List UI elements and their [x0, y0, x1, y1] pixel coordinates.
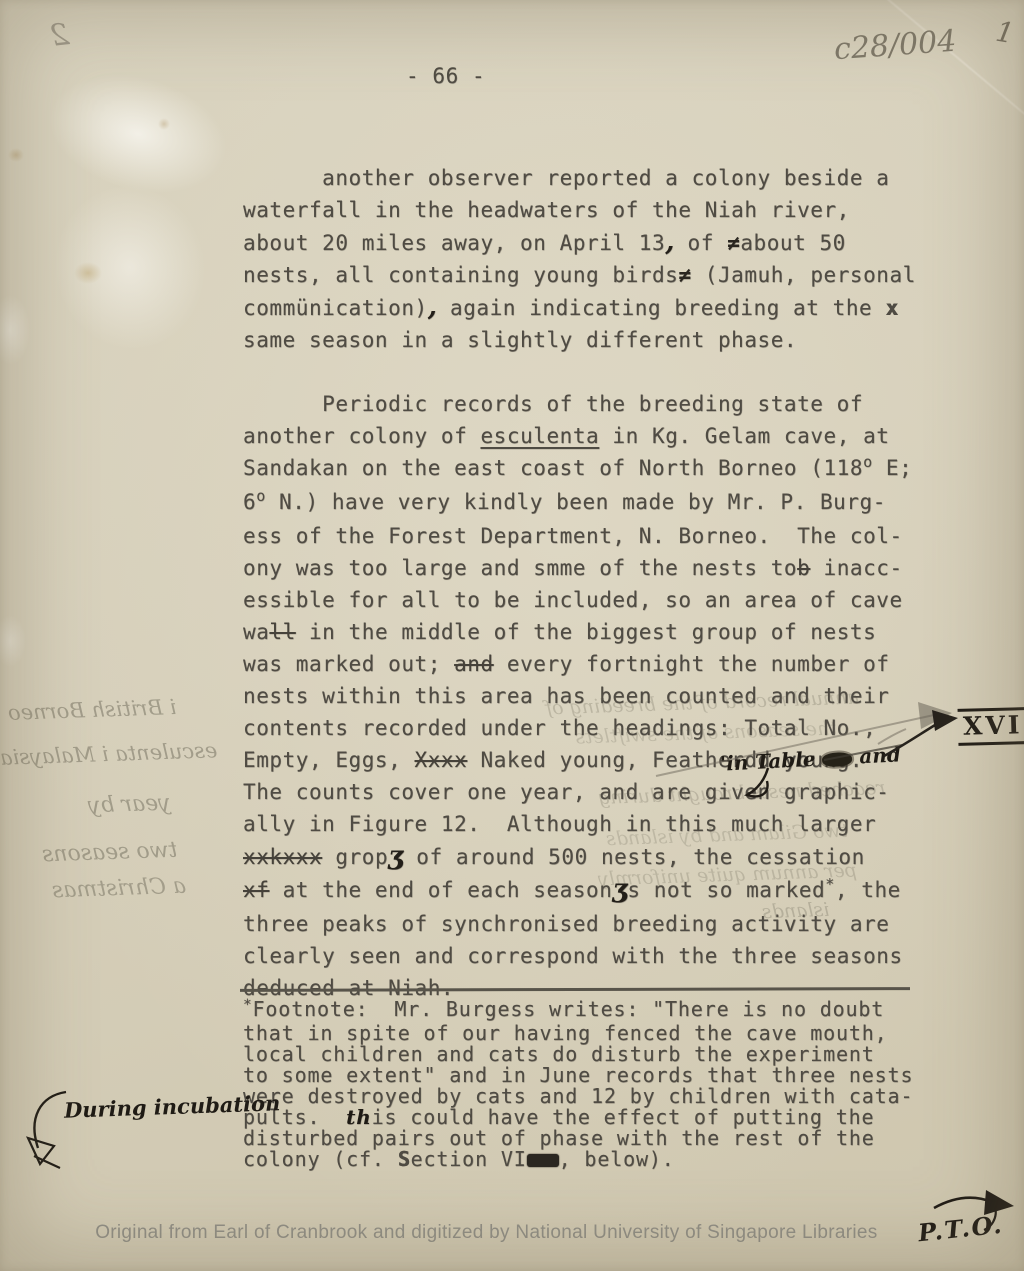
- paper-scuff: [0, 615, 26, 667]
- text-segment: another observer reported a colony besid…: [243, 166, 889, 190]
- text-line: another observer reported a colony besid…: [243, 162, 916, 194]
- text-segment: was marked out;: [243, 652, 454, 676]
- sheet-number-annotation: 1: [993, 15, 1016, 51]
- text-segment: Footnote: Mr. Burgess writes: "There is …: [253, 997, 885, 1021]
- text-segment: xxkxxx: [243, 845, 322, 869]
- text-segment: ony was too large and smme of the nests …: [243, 556, 797, 580]
- paragraph-2: Periodic records of the breeding state o…: [243, 388, 912, 1004]
- text-segment: ,: [428, 291, 437, 322]
- text-segment: o: [256, 487, 266, 505]
- text-line: another colony of esculenta in Kg. Gelam…: [243, 420, 912, 452]
- digitization-credit: Original from Earl of Cranbrook and digi…: [0, 1222, 973, 1244]
- paper-stain: [8, 148, 24, 162]
- text-segment: clearly seen and correspond with the thr…: [243, 944, 903, 968]
- manuscript-page: i British Borneo esculenta i Malaysia ye…: [0, 0, 1024, 1271]
- text-segment: about 50: [740, 231, 846, 255]
- text-segment: (Jamuh, personal: [692, 263, 916, 287]
- text-line: to some extent" and in June records that…: [243, 1065, 913, 1086]
- text-line: local children and cats do disturb the e…: [243, 1044, 913, 1065]
- text-segment: commünication): [243, 296, 428, 320]
- text-segment: xf: [243, 878, 269, 902]
- text-line: xf at the end of each seasonʒs not so ma…: [243, 873, 912, 908]
- text-line: Periodic records of the breeding state o…: [243, 388, 912, 420]
- text-line: disturbed pairs out of phase with the re…: [243, 1128, 913, 1149]
- text-line: waterfall in the headwaters of the Niah …: [243, 194, 916, 226]
- bleed-through-text: year by: [88, 791, 171, 819]
- text-line: Sandakan on the east coast of North Born…: [243, 452, 912, 486]
- text-segment: in the middle of the biggest group of ne…: [296, 620, 877, 644]
- text-segment: ʒ: [388, 840, 403, 871]
- text-segment: of: [674, 231, 727, 255]
- text-segment: another colony of: [243, 424, 480, 448]
- text-segment: The counts cover one year, and are given…: [243, 780, 889, 804]
- text-segment: wa: [243, 620, 269, 644]
- scribbled-out-word: [822, 752, 853, 768]
- text-segment: every fortnight the number of: [494, 652, 890, 676]
- text-segment: three peaks of synchronised breeding act…: [243, 912, 889, 936]
- text-segment: [527, 1154, 559, 1167]
- paper-stain: [74, 262, 102, 284]
- text-segment: E;: [873, 456, 913, 480]
- text-line: about 20 miles away, on April 13, of ≠ab…: [243, 226, 916, 259]
- text-segment: contents recorded under the headings: To…: [243, 716, 876, 740]
- text-segment: nests within this area has been counted …: [243, 684, 889, 708]
- paper-stain: [158, 118, 170, 130]
- text-segment: , below).: [559, 1147, 675, 1171]
- text-line: colony (cf. Section VI, below).: [243, 1149, 913, 1170]
- insertion-suffix: and: [852, 742, 902, 769]
- text-segment: Sandakan on the east coast of North Born…: [243, 456, 863, 480]
- page-number: - 66 -: [406, 64, 485, 88]
- text-line: *Footnote: Mr. Burgess writes: "There is…: [243, 999, 913, 1023]
- text-line: wall in the middle of the biggest group …: [243, 616, 912, 648]
- text-segment: nests, all containing young birds: [243, 263, 678, 287]
- bleed-through-text: two seasons: [42, 838, 178, 868]
- text-line: were destroyed by cats and 12 by childre…: [243, 1086, 913, 1107]
- text-segment: *: [825, 875, 835, 893]
- text-segment: and: [454, 652, 494, 676]
- text-segment: at the end of each season: [269, 878, 612, 902]
- text-line: that in spite of our having fenced the c…: [243, 1023, 913, 1044]
- text-segment: colony (cf.: [243, 1147, 398, 1171]
- text-line: ally in Figure 12. Although in this much…: [243, 808, 912, 840]
- paper-scuff: [0, 295, 30, 365]
- bleed-through-text: esculenta i Malaysia: [0, 738, 218, 770]
- bleed-through-text: a Christmas: [52, 874, 187, 904]
- text-segment: ection VI: [411, 1147, 527, 1171]
- text-segment: in Kg. Gelam cave, at: [599, 424, 889, 448]
- text-segment: inacc-: [810, 556, 902, 580]
- paper-scuff: [42, 173, 218, 362]
- text-segment: *: [243, 997, 253, 1013]
- text-line: essible for all to be included, so an ar…: [243, 584, 912, 616]
- text-line: nests, all containing young birds≠ (Jamu…: [243, 259, 916, 291]
- text-line: The counts cover one year, and are given…: [243, 776, 912, 808]
- paragraph-1: another observer reported a colony besid…: [243, 162, 916, 356]
- text-segment: x: [885, 296, 898, 320]
- text-segment: S: [398, 1147, 411, 1171]
- text-segment: ≠: [727, 231, 740, 255]
- text-line: 6o N.) have very kindly been made by Mr.…: [243, 486, 912, 520]
- text-line: clearly seen and correspond with the thr…: [243, 940, 912, 972]
- text-segment: ally in Figure 12. Although in this much…: [243, 812, 876, 836]
- text-segment: , the: [835, 878, 901, 902]
- text-line: commünication), again indicating breedin…: [243, 291, 916, 324]
- bleed-through-text: i British Borneo: [8, 695, 177, 725]
- text-segment: Periodic records of the breeding state o…: [243, 392, 863, 416]
- text-segment: grop: [322, 845, 388, 869]
- footnote: *Footnote: Mr. Burgess writes: "There is…: [243, 999, 913, 1170]
- paper-scuff: [37, 57, 240, 212]
- text-line: three peaks of synchronised breeding act…: [243, 908, 912, 940]
- archive-code-annotation: c28/004: [833, 24, 957, 67]
- text-segment: N.) have very kindly been made by Mr. P.…: [266, 490, 886, 514]
- mirrored-page-digit: 2: [48, 17, 71, 54]
- text-segment: ess of the Forest Department, N. Borneo.…: [243, 524, 903, 548]
- text-segment: b: [797, 556, 810, 580]
- text-line: same season in a slightly different phas…: [243, 324, 916, 356]
- text-line: nests within this area has been counted …: [243, 680, 912, 712]
- text-segment: Empty, Eggs,: [243, 748, 415, 772]
- text-segment: s not so marked: [627, 878, 825, 902]
- text-segment: same season in a slightly different phas…: [243, 328, 797, 352]
- text-line: was marked out; and every fortnight the …: [243, 648, 912, 680]
- text-segment: ʒ: [612, 873, 627, 904]
- text-line: pults. this could have the effect of put…: [243, 1107, 913, 1128]
- text-segment: of around 500 nests, the cessation: [403, 845, 865, 869]
- text-segment: 6: [243, 490, 256, 514]
- text-segment: essible for all to be included, so an ar…: [243, 588, 903, 612]
- text-segment: o: [863, 453, 873, 471]
- margin-section-ref: XVI: [958, 707, 1024, 746]
- text-line: xxkxxx gropʒ of around 500 nests, the ce…: [243, 840, 912, 873]
- text-segment: Xxxx: [415, 748, 468, 772]
- text-segment: esculenta: [480, 424, 599, 448]
- text-segment: ll: [269, 620, 295, 644]
- text-segment: waterfall in the headwaters of the Niah …: [243, 198, 850, 222]
- text-line: ony was too large and smme of the nests …: [243, 552, 912, 584]
- text-segment: about 20 miles away, on April 13: [243, 231, 665, 255]
- text-line: contents recorded under the headings: To…: [243, 712, 912, 744]
- text-segment: again indicating breeding at the: [437, 296, 886, 320]
- text-line: ess of the Forest Department, N. Borneo.…: [243, 520, 912, 552]
- text-segment: ≠: [678, 263, 691, 287]
- text-segment: ,: [665, 226, 674, 257]
